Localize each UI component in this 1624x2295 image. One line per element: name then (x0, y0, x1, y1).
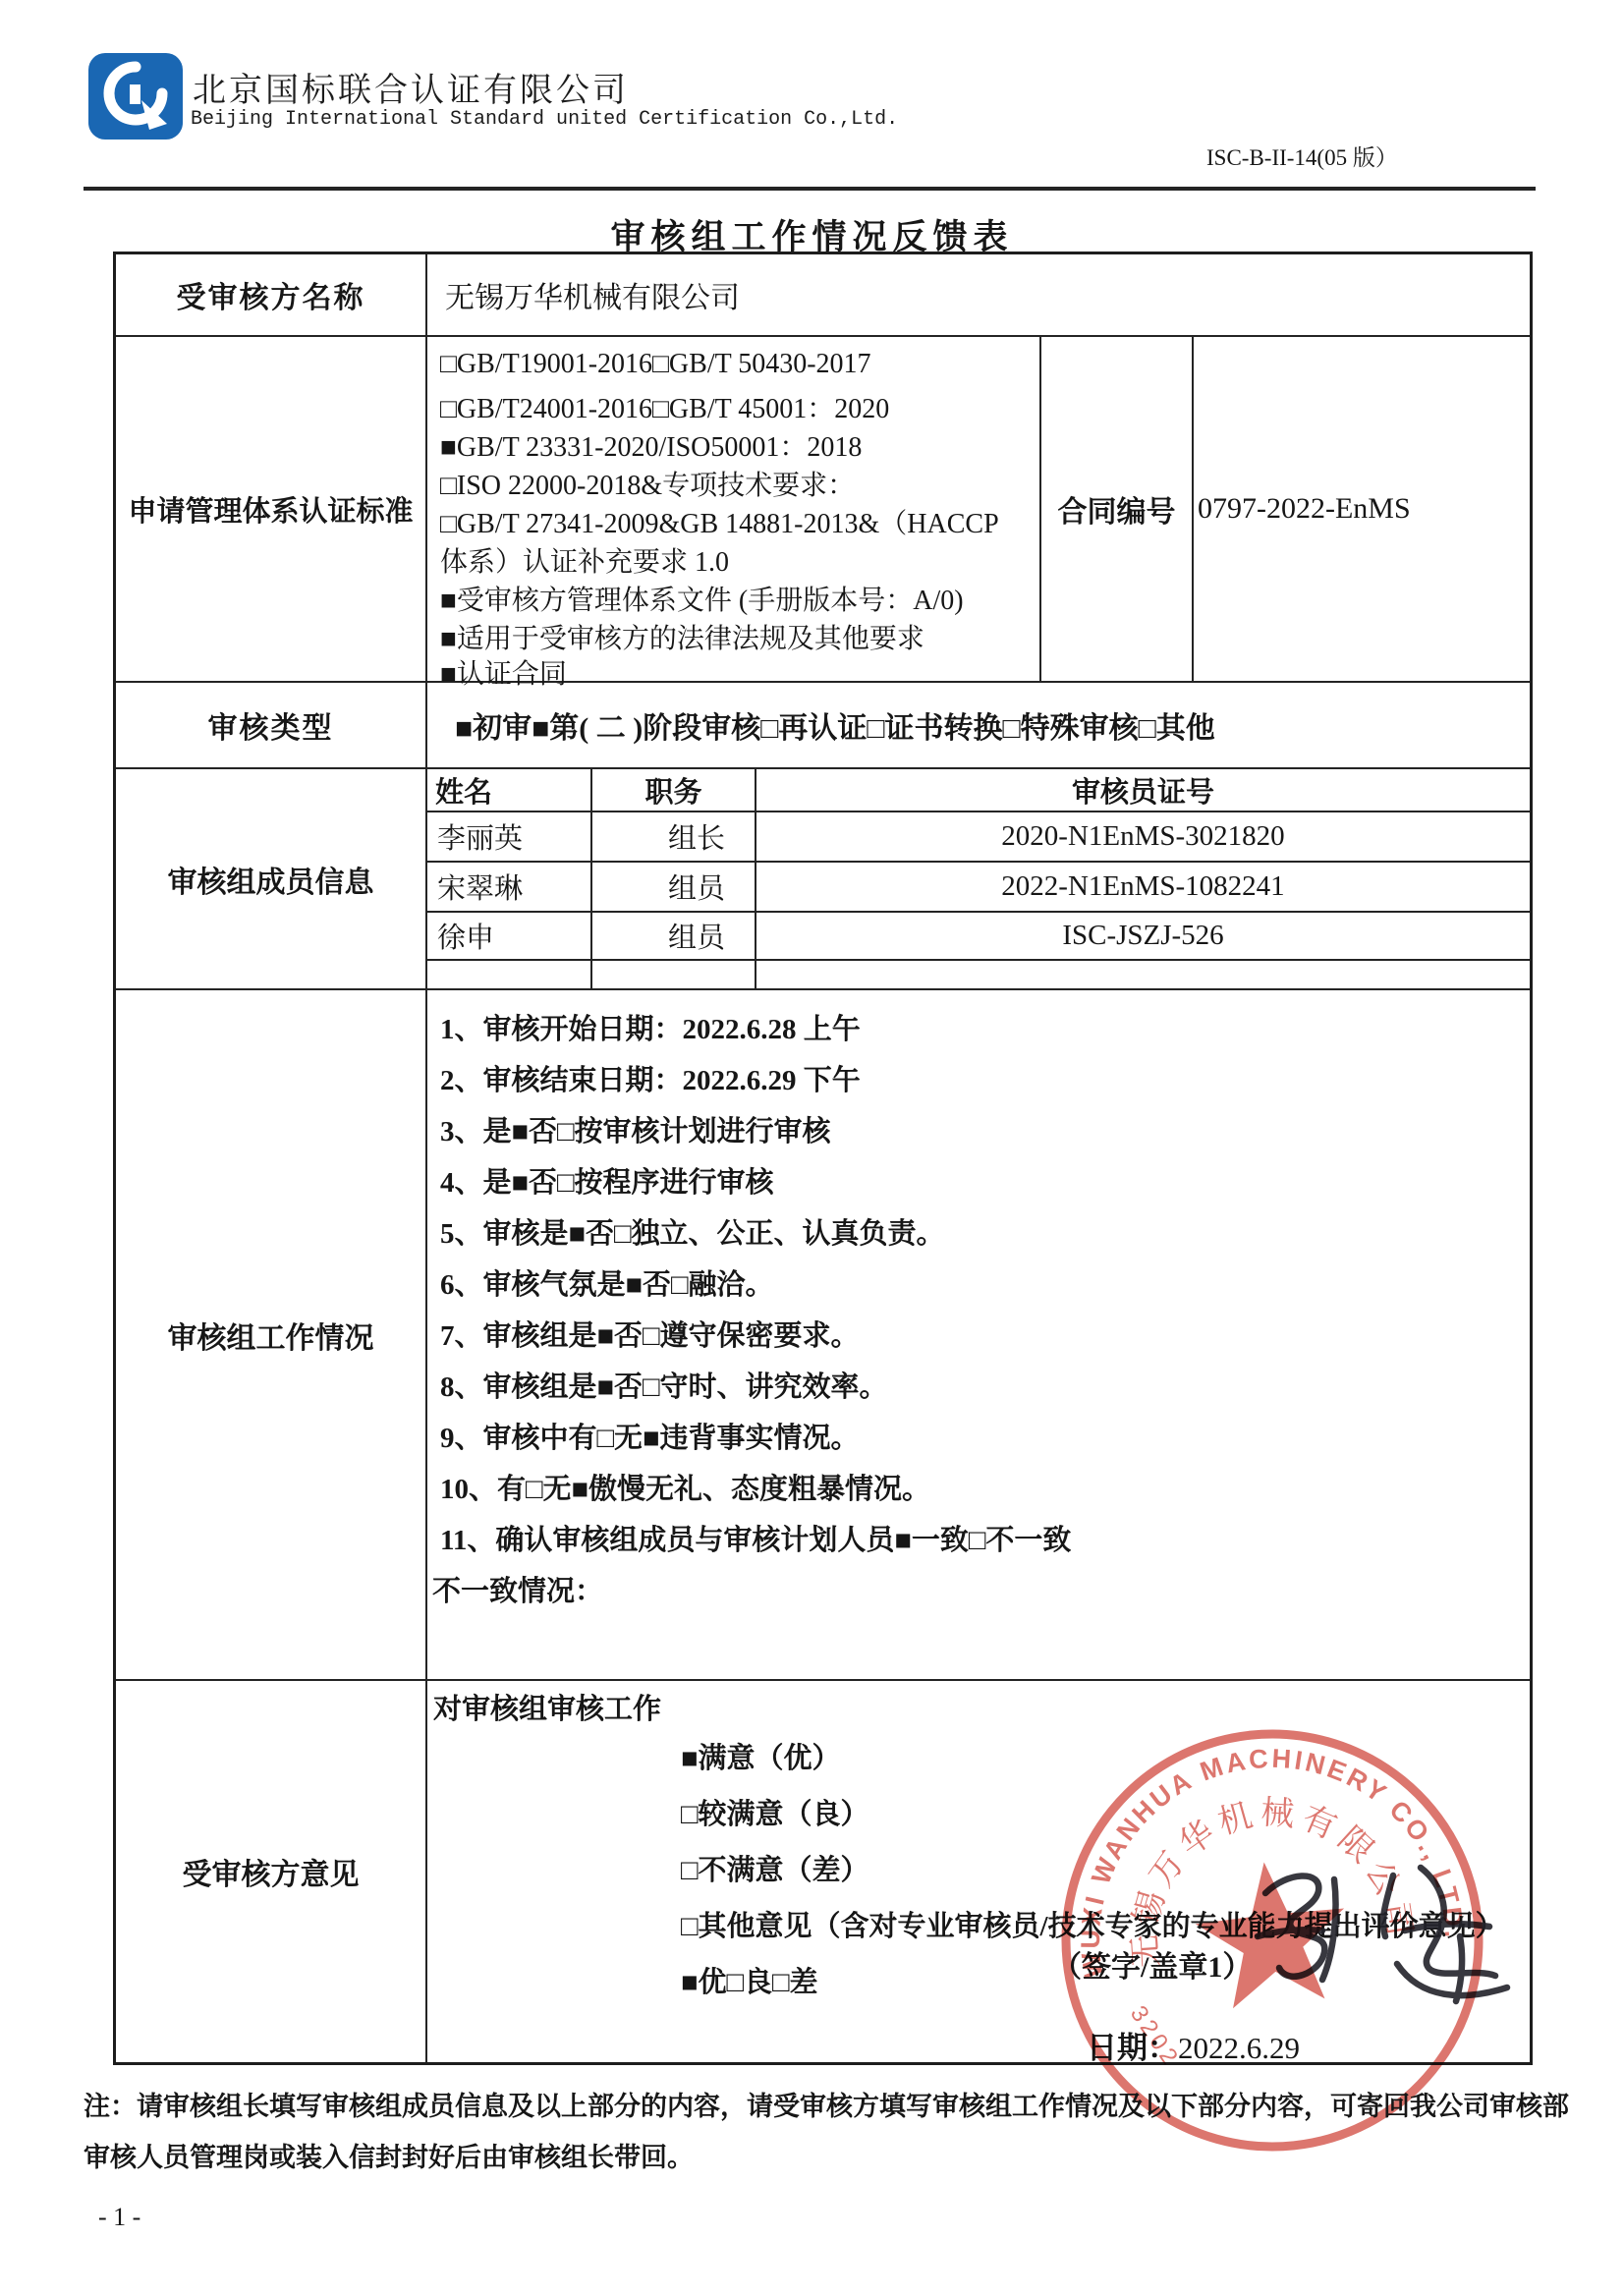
stamp-number: 3202 (1125, 2001, 1185, 2073)
work-item: 7、审核组是■否□遵守保密要求。 (440, 1314, 860, 1354)
work-item: 9、审核中有□无■违背事实情况。 (440, 1416, 860, 1456)
work-item: 2、审核结束日期：2022.6.29 下午 (440, 1058, 861, 1098)
label-column-divider (425, 254, 427, 2062)
standard-line: □GB/T24001-2016□GB/T 45001：2020 (440, 387, 889, 426)
standard-line: □GB/T19001-2016□GB/T 50430-2017 (440, 349, 871, 380)
member-cert: 2020-N1EnMS-3021820 (756, 812, 1530, 861)
member-col-header-role: 职务 (592, 769, 755, 811)
opinion-option: □较满意（良） (681, 1792, 869, 1832)
standard-line: ■GB/T 23331-2020/ISO50001：2018 (440, 425, 862, 465)
page-number: - 1 - (98, 2203, 140, 2232)
standard-line: □GB/T 27341-2009&GB 14881-2013&（HACCP (440, 502, 999, 541)
work-item: 不一致情况： (432, 1569, 603, 1609)
opinion-option: ■优□良□差 (681, 1960, 818, 2000)
member-name: 宋翠琳 (427, 863, 590, 911)
header-rule (84, 187, 1536, 191)
member-name: 徐申 (427, 913, 590, 959)
work-item: 10、有□无■傲慢无礼、态度粗暴情况。 (440, 1467, 930, 1507)
member-role: 组长 (592, 812, 755, 861)
company-name-cn: 北京国标联合认证有限公司 (193, 63, 629, 111)
auditee-name: 无锡万华机械有限公司 (427, 254, 1530, 335)
member-name (427, 961, 590, 988)
footnote-line-1: 注：请审核组长填写审核组成员信息及以上部分的内容，请受审核方填写审核组工作情况及… (84, 2085, 1569, 2123)
work-item: 8、审核组是■否□守时、讲究效率。 (440, 1365, 888, 1405)
opinion-option: ■满意（优） (681, 1736, 841, 1776)
member-col-header-name: 姓名 (427, 769, 590, 811)
auditee-label: 受审核方名称 (116, 254, 425, 335)
contract-label: 合同编号 (1041, 337, 1192, 681)
standard-line: ■受审核方管理体系文件 (手册版本号：A/0) (440, 579, 964, 618)
isc-logo (86, 51, 185, 141)
work-item: 1、审核开始日期：2022.6.28 上午 (440, 1007, 861, 1047)
member-col-header-cert: 审核员证号 (756, 769, 1530, 811)
member-role: 组员 (592, 863, 755, 911)
member-cert (756, 961, 1530, 988)
work-item: 3、是■否□按审核计划进行审核 (440, 1109, 831, 1149)
member-cert: ISC-JSZJ-526 (756, 913, 1530, 959)
work-item: 5、审核是■否□独立、公正、认真负责。 (440, 1211, 945, 1252)
isc-logo-graphic (86, 51, 185, 141)
audit-type-label: 审核类型 (116, 683, 425, 767)
member-cert: 2022-N1EnMS-1082241 (756, 863, 1530, 911)
member-role: 组员 (592, 913, 755, 959)
standard-line: □ISO 22000-2018&专项技术要求： (440, 464, 855, 503)
work-item: 11、确认审核组成员与审核计划人员■一致□不一致 (440, 1518, 1071, 1558)
work-item: 4、是■否□按程序进行审核 (440, 1160, 774, 1201)
contract-number: 0797-2022-EnMS (1194, 337, 1530, 681)
opinion-label: 受审核方意见 (116, 1681, 425, 2062)
document-page: 北京国标联合认证有限公司 Beijing International Stand… (0, 0, 1624, 2295)
opinion-option: □不满意（差） (681, 1848, 869, 1888)
company-name-en: Beijing International Standard united Ce… (191, 108, 898, 131)
standard-line: 体系）认证补充要求 1.0 (440, 540, 729, 580)
standard-line: ■适用于受审核方的法律法规及其他要求 (440, 617, 924, 656)
stamp-star-icon (1190, 1854, 1353, 2011)
standards-label: 申请管理体系认证标准 (116, 337, 425, 681)
doc-code: ISC-B-II-14(05 版） (1206, 140, 1398, 172)
work-label: 审核组工作情况 (116, 990, 425, 1679)
member-role (592, 961, 755, 988)
team-label: 审核组成员信息 (116, 769, 425, 988)
member-name: 李丽英 (427, 812, 590, 861)
audit-type-value: ■初审■第( 二 )阶段审核□再认证□证书转换□特殊审核□其他 (455, 683, 1530, 767)
work-item: 6、审核气氛是■否□融洽。 (440, 1262, 774, 1303)
footnote-line-2: 审核人员管理岗或装入信封封好后由审核组长带回。 (84, 2136, 694, 2174)
opinion-intro: 对审核组审核工作 (433, 1687, 661, 1727)
